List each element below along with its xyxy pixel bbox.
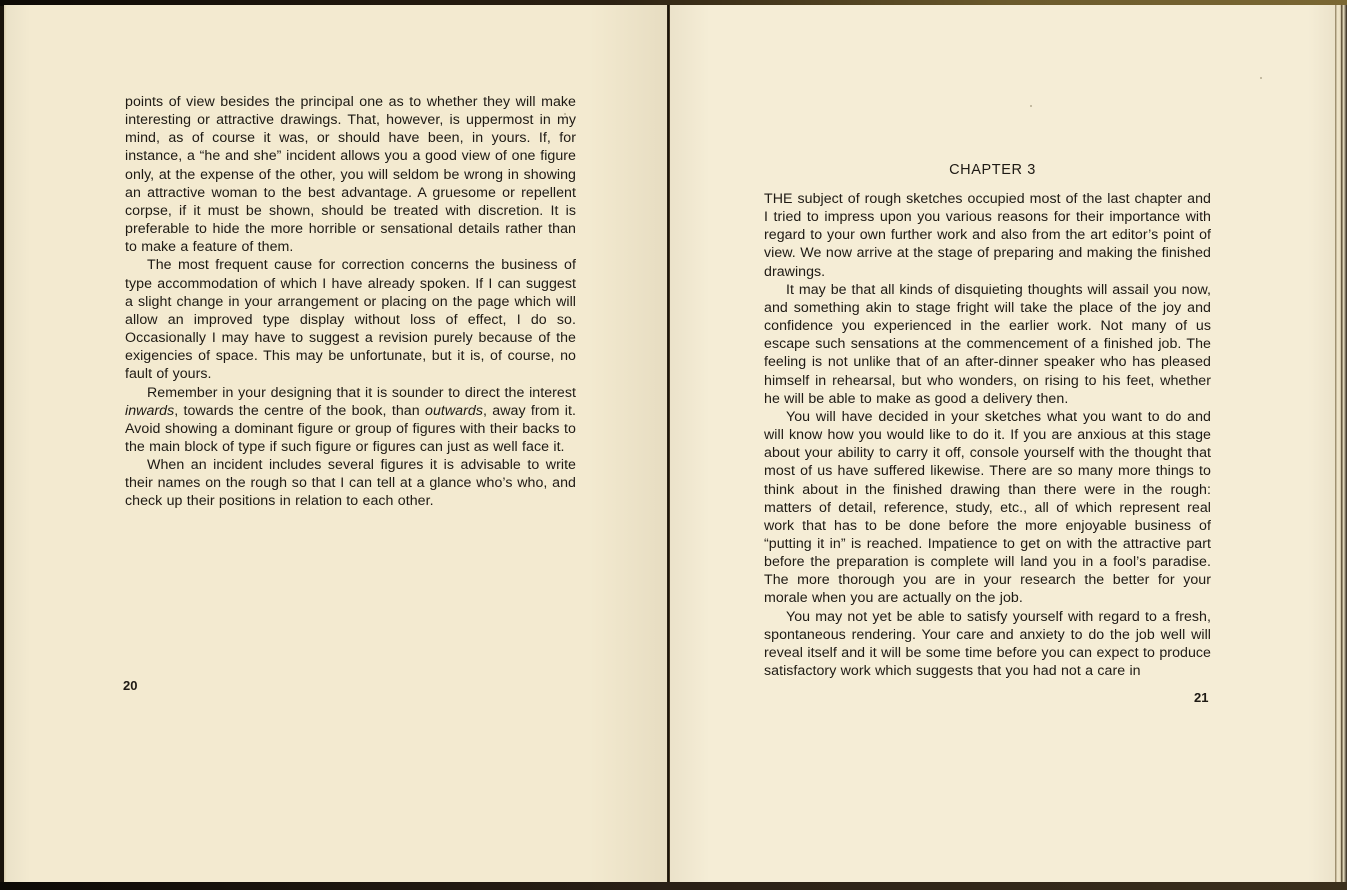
paper-speck bbox=[444, 267, 446, 269]
bottom-frame-edge bbox=[0, 882, 1347, 890]
chapter-heading-text: CHAPTER 3 bbox=[949, 162, 1036, 178]
emphasis-outwards: outwards bbox=[425, 403, 483, 419]
paragraph: When an incident includes several figure… bbox=[125, 456, 576, 510]
paragraph: You will have decided in your sketches w… bbox=[764, 408, 1211, 608]
paper-speck bbox=[1030, 105, 1032, 107]
page-number-left: 20 bbox=[123, 678, 137, 693]
book-spread: points of view besides the principal one… bbox=[0, 0, 1347, 890]
chapter-heading: CHAPTER 3 bbox=[670, 162, 1335, 178]
paragraph: You may not yet be able to satisfy yours… bbox=[764, 608, 1211, 681]
left-page: points of view besides the principal one… bbox=[4, 5, 668, 882]
page-number-right: 21 bbox=[1194, 690, 1208, 705]
page-stack-edge bbox=[1335, 5, 1347, 882]
text-run: , towards the centre of the book, than bbox=[174, 403, 425, 419]
paper-speck bbox=[1260, 77, 1262, 79]
paragraph: The most frequent cause for correction c… bbox=[125, 256, 576, 383]
paragraph: Remember in your designing that it is so… bbox=[125, 384, 576, 457]
right-page-body: THE subject of rough sketches occupied m… bbox=[764, 190, 1211, 680]
right-page: CHAPTER 3 THE subject of rough sketches … bbox=[670, 5, 1335, 882]
emphasis-inwards: inwards bbox=[125, 403, 174, 419]
paragraph: It may be that all kinds of disquieting … bbox=[764, 281, 1211, 408]
paragraph: points of view besides the principal one… bbox=[125, 93, 576, 256]
paragraph: THE subject of rough sketches occupied m… bbox=[764, 190, 1211, 281]
text-run: Remember in your designing that it is so… bbox=[147, 385, 576, 401]
paper-speck bbox=[564, 113, 566, 115]
left-page-body: points of view besides the principal one… bbox=[125, 93, 576, 511]
